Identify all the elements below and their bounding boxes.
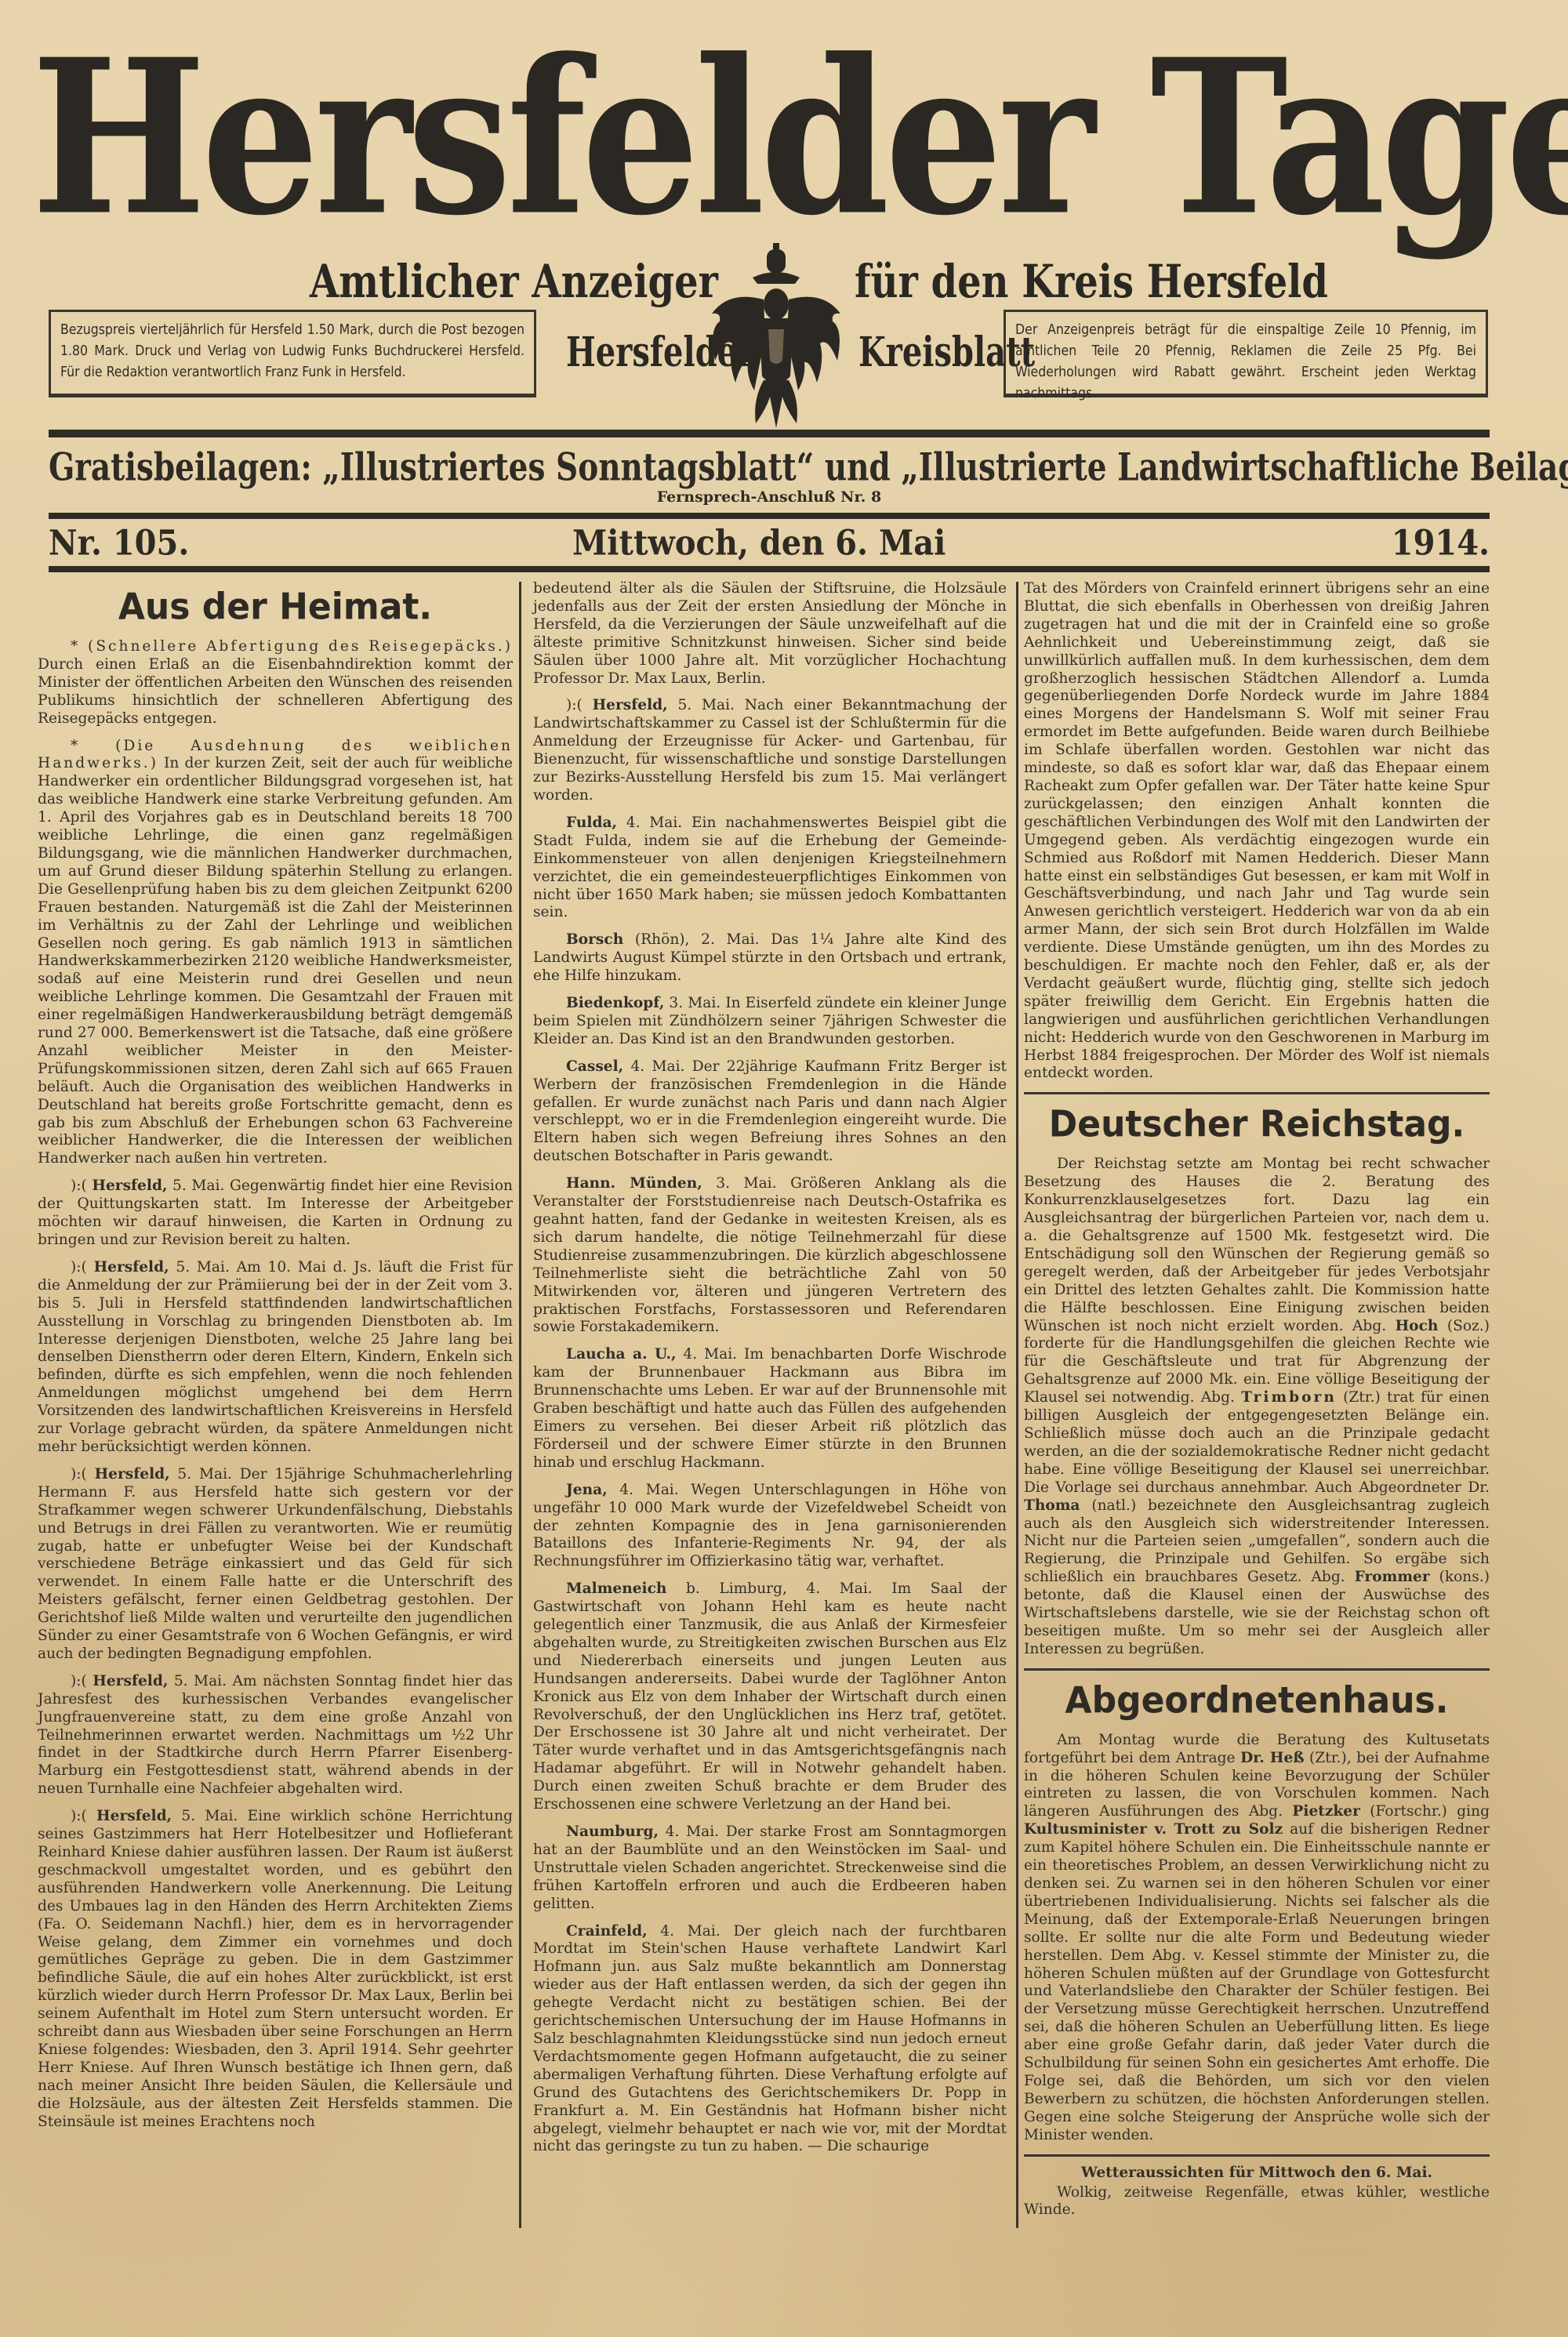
section-rule — [1024, 2154, 1490, 2157]
article: ):( Hersfeld, 5. Mai. Gegenwärtig findet… — [38, 1178, 513, 1250]
article: Borsch (Rhön), 2. Mai. Das 1¼ Jahre alte… — [533, 931, 1007, 985]
article: Naumburg, 4. Mai. Der starke Frost am So… — [533, 1824, 1007, 1914]
article: ):( Hersfeld, 5. Mai. Am 10. Mai d. Js. … — [38, 1259, 513, 1457]
kreisblatt-label-right: Kreisblatt — [858, 322, 1035, 383]
article: Cassel, 4. Mai. Der 22jährige Kaufmann F… — [533, 1058, 1007, 1166]
subtitle-official-gazette: Amtlicher Anzeiger — [310, 254, 718, 310]
article: ):( Hersfeld, 5. Mai. Eine wirklich schö… — [38, 1808, 513, 2131]
supplements-banner: Gratisbeilagen: „Illustriertes Sonntagsb… — [49, 442, 1490, 493]
article: Der Reichstag setzte am Montag bei recht… — [1024, 1156, 1490, 1658]
section-heading-abgeordnetenhaus: Abgeordnetenhaus. — [1024, 1677, 1490, 1725]
article: ):( Hersfeld, 5. Mai. Am nächsten Sonnta… — [38, 1673, 513, 1798]
issue-date: Mittwoch, den 6. Mai — [572, 522, 946, 565]
article: Malmeneich b. Limburg, 4. Mai. Im Saal d… — [533, 1580, 1007, 1814]
issue-year: 1914. — [1392, 522, 1490, 565]
section-heading-heimat: Aus der Heimat. — [38, 584, 513, 632]
column-divider — [1016, 582, 1018, 2228]
article: Biedenkopf, 3. Mai. In Eiserfeld zündete… — [533, 995, 1007, 1049]
article: Jena, 4. Mai. Wegen Unterschlagungen in … — [533, 1482, 1007, 1572]
article: * (Schnellere Abfertigung des Reisegepäc… — [38, 638, 513, 728]
advertising-info-box: Der Anzeigenpreis beträgt für die einspa… — [1004, 310, 1488, 397]
section-rule — [1024, 1668, 1490, 1671]
column-divider — [519, 582, 521, 2228]
section-rule — [1024, 1092, 1490, 1094]
weather-forecast: Wolkig, zeitweise Regenfälle, etwas kühl… — [1024, 2184, 1490, 2220]
article-continuation: Tat des Mörders von Crainfeld erinnert ü… — [1024, 580, 1490, 1083]
article: * (Die Ausdehnung des weiblichen Handwer… — [38, 738, 513, 1169]
column-2: bedeutend älter als die Säulen der Stift… — [533, 580, 1007, 2165]
article: Am Montag wurde die Beratung des Kultuse… — [1024, 1732, 1490, 2145]
article: Laucha a. U., 4. Mai. Im benachbarten Do… — [533, 1346, 1007, 1472]
subtitle-district: für den Kreis Hersfeld — [855, 254, 1328, 310]
column-1: Aus der Heimat. * (Schnellere Abfertigun… — [38, 580, 513, 2141]
article: ):( Hersfeld, 5. Mai. Der 15jährige Schu… — [38, 1466, 513, 1664]
article: Fulda, 4. Mai. Ein nachahmenswertes Beis… — [533, 815, 1007, 922]
newspaper-title: Hersfelder Tageblatt — [31, 16, 1537, 259]
subscription-info-box: Bezugspreis vierteljährlich für Hersfeld… — [49, 310, 536, 397]
article: Hann. Münden, 3. Mai. Größeren Anklang a… — [533, 1175, 1007, 1337]
issue-number: Nr. 105. — [49, 522, 189, 565]
column-3: Tat des Mörders von Crainfeld erinnert ü… — [1024, 580, 1490, 2229]
section-heading-reichstag: Deutscher Reichstag. — [1024, 1101, 1490, 1149]
masthead-rule — [49, 430, 1490, 437]
dateline-rule-bottom — [49, 566, 1490, 572]
phone-number: Fernsprech-Anschluß Nr. 8 — [49, 488, 1490, 506]
article: ):( Hersfeld, 5. Mai. Nach einer Bekannt… — [533, 697, 1007, 804]
article: Crainfeld, 4. Mai. Der gleich nach der f… — [533, 1923, 1007, 2157]
weather-heading: Wetteraussichten für Mittwoch den 6. Mai… — [1024, 2165, 1490, 2183]
dateline-rule-top — [49, 513, 1490, 519]
imperial-eagle-icon — [698, 243, 855, 431]
article-continuation: bedeutend älter als die Säulen der Stift… — [533, 580, 1007, 688]
